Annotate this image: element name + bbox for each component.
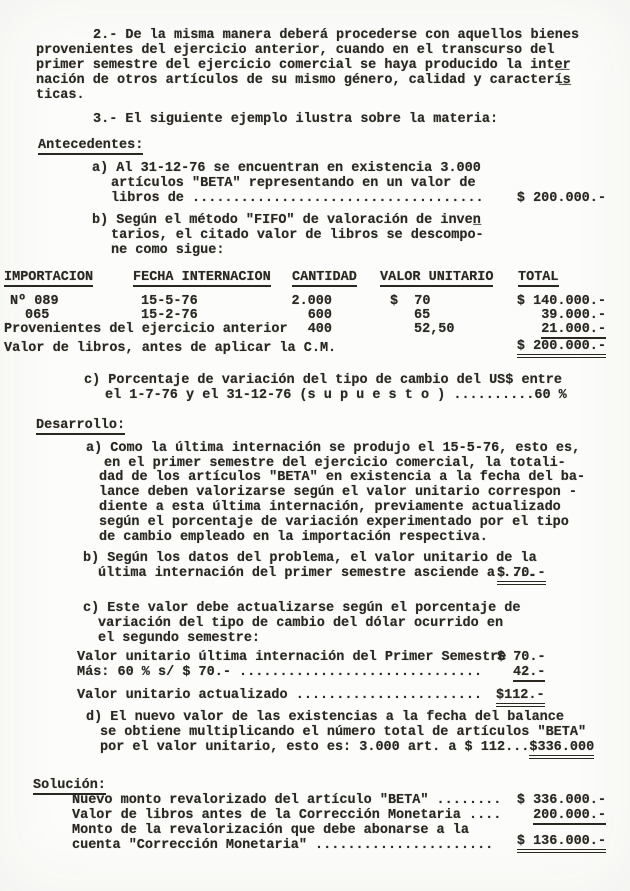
solucion-heading: Solución:: [33, 778, 106, 793]
item-c-line: el 1-7-76 y el 31-12-76 (s u p u e s t o…: [105, 388, 567, 403]
para-3-line: 3.- El siguiente ejemplo ilustra sobre l…: [93, 112, 498, 127]
table-row-cell-cantidad: 600: [270, 308, 332, 323]
desarrollo-item-b-line: última internación del primer semestre a…: [98, 566, 535, 581]
solucion-line: Monto de la revalorización que debe abon…: [72, 823, 469, 838]
table-row-cell-valor: 52,50: [414, 322, 455, 337]
table-row-cell-cantidad: 2.000: [270, 294, 332, 309]
calc-line: Valor unitario última internación del Pr…: [77, 650, 506, 665]
desarrollo-item-d-line: se obtiene multiplicando el número total…: [100, 725, 586, 740]
table-row-cell-total: 39.000.-: [500, 308, 606, 323]
book-value-amount: $ 200.000.-: [500, 191, 606, 206]
table-row-cell-cantidad: 400: [270, 322, 332, 337]
antecedentes-item-b-line: b) Según el método "FIFO" de valoración …: [92, 213, 481, 228]
antecedentes-heading: Antecedentes:: [38, 138, 143, 153]
antecedentes-item-b-line: ne como sigue:: [111, 243, 224, 258]
desarrollo-item-a-line: dad de los artículos "BETA" en existenci…: [99, 470, 585, 485]
desarrollo-item-a-line: de cambio empleado en la importación res…: [99, 530, 488, 545]
desarrollo-item-c-line: variación del tipo de cambio del dólar o…: [98, 616, 503, 631]
calc-line: Más: 60 % s/ $ 70.- ....................…: [77, 665, 482, 680]
table-header-cantidad: CANTIDAD: [292, 270, 357, 285]
new-stock-value-amount: $336.000: [529, 740, 594, 759]
solucion-line: Nuevo monto revalorizado del artículo "B…: [72, 793, 501, 808]
table-header-fecha-internacion: FECHA INTERNACION: [133, 270, 271, 285]
desarrollo-item-a-line: en el primer semestre del ejercicio come…: [104, 456, 566, 471]
table-row-cell-fecha: 15-2-76: [141, 308, 198, 323]
desarrollo-item-d-line: d) El nuevo valor de las existencias a l…: [86, 710, 564, 725]
desarrollo-item-a-line: diente a esta última internación, previa…: [99, 500, 561, 515]
para-2-line: ticas.: [36, 88, 85, 103]
solucion-line: Valor de libros antes de la Corrección M…: [72, 808, 501, 823]
table-row-cell-valor: 65: [414, 308, 430, 323]
unit-value-amount: $ 70.-: [497, 566, 546, 581]
calc-line: Valor unitario actualizado .............…: [77, 688, 482, 703]
table-total-label: Valor de libros, antes de aplicar la C.M…: [4, 341, 336, 356]
desarrollo-item-a-line: lance deben valorizarse según el valor u…: [99, 485, 577, 500]
solucion-line: cuenta "Corrección Monetaria" ..........…: [72, 838, 493, 853]
table-header-importacion: IMPORTACION: [4, 270, 93, 285]
desarrollo-heading: Desarrollo:: [36, 418, 125, 433]
table-row-cell-valor: $ 70: [390, 294, 431, 309]
antecedentes-item-a-line: artículos "BETA" representando en un val…: [111, 176, 476, 191]
table-row-cell-fecha: 15-5-76: [141, 294, 198, 309]
desarrollo-item-a-line: según el porcentaje de variación experim…: [99, 515, 569, 530]
desarrollo-item-d-line: por el valor unitario, esto es: 3.000 ar…: [100, 740, 594, 755]
table-header-valor-unitario: VALOR UNITARIO: [380, 270, 493, 285]
table-row-cell-importacion: Provenientes del ejercicio anterior: [4, 322, 288, 337]
antecedentes-item-a-line: a) Al 31-12-76 se encuentran en existenc…: [92, 161, 481, 176]
document-page: 2.- De la misma manera deberá procederse…: [0, 0, 630, 891]
book-value-before-cm-amount: 200.000.-: [500, 808, 606, 823]
table-header-total: TOTAL: [518, 270, 559, 285]
calc-amount: $112.-: [496, 688, 545, 703]
table-row-cell-importacion: Nº 089: [10, 294, 59, 309]
para-2-line: 2.- De la misma manera deberá procederse…: [93, 28, 579, 43]
table-row-cell-importacion: 065: [25, 308, 49, 323]
desarrollo-item-c-line: c) Este valor debe actualizarse según el…: [83, 601, 520, 616]
calc-amount: 42.-: [513, 665, 545, 680]
antecedentes-item-b-line: tarios, el citado valor de libros se des…: [111, 228, 484, 243]
table-total-amount: $ 200.000.-: [500, 339, 606, 354]
table-row-cell-total: 21.000.-: [500, 322, 606, 337]
para-2-line: provenientes del ejercicio anterior, cua…: [36, 43, 554, 58]
correccion-monetaria-amount: $ 136.000.-: [500, 834, 606, 849]
desarrollo-item-b-line: b) Según los datos del problema, el valo…: [83, 551, 537, 566]
revalued-amount: $ 336.000.-: [500, 793, 606, 808]
desarrollo-item-a-line: a) Como la última internación se produjo…: [86, 441, 580, 456]
antecedentes-item-a-line: libros de ..............................…: [111, 191, 484, 206]
item-c-line: c) Porcentaje de variación del tipo de c…: [84, 373, 562, 388]
calc-amount: $ 70.-: [497, 650, 546, 665]
para-2-line: primer semestre del ejercicio comercial …: [36, 58, 571, 73]
desarrollo-item-c-line: el segundo semestre:: [98, 631, 260, 646]
table-row-cell-total: $ 140.000.-: [500, 294, 606, 309]
para-2-line: nación de otros artículos de su mismo gé…: [36, 73, 571, 88]
